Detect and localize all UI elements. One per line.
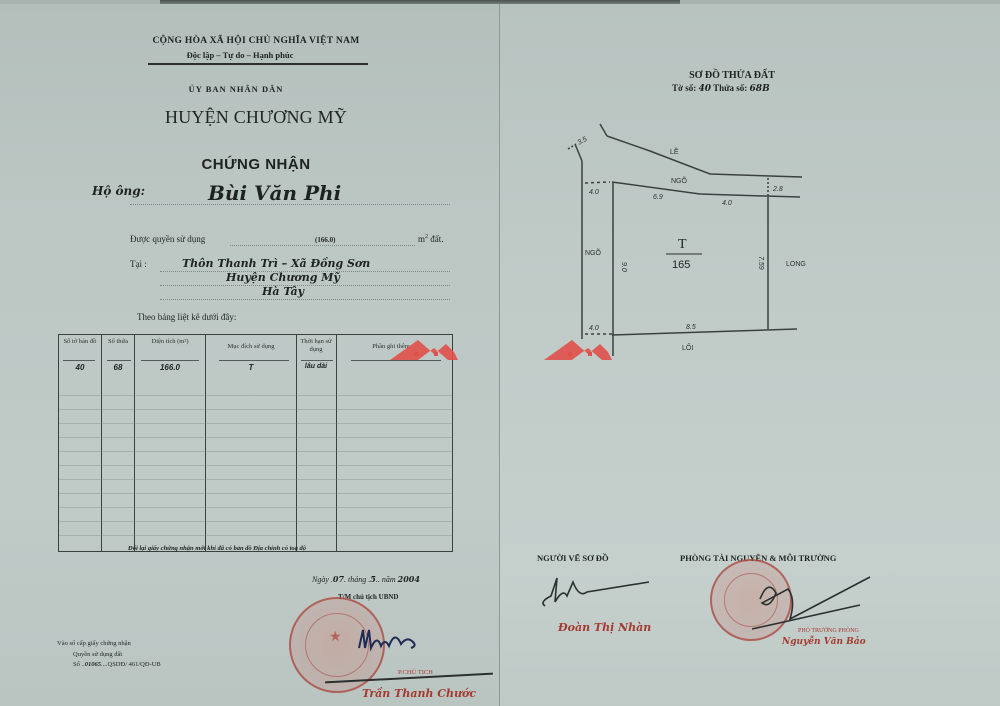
col-header-map-sheet: Số tờ bản đồ — [61, 338, 99, 346]
svg-text:NGÕ: NGÕ — [671, 176, 688, 185]
parcel-table: Số tờ bản đồ Số thửa Diện tích (m²) Mục … — [58, 334, 453, 552]
svg-text:4.0: 4.0 — [589, 325, 599, 332]
signature-chairman — [355, 624, 425, 656]
signatory-role: P.CHỦ TỊCH — [398, 669, 433, 676]
office-role: PHÓ TRƯỞNG PHÒNG — [798, 628, 859, 634]
signature-drawer — [537, 572, 657, 612]
usage-area: (166.0) — [315, 236, 335, 244]
location-line3: Hà Tây — [262, 285, 304, 298]
location-line1: Thôn Thanh Trì – Xã Đồng Sơn — [182, 257, 370, 270]
star-icon: ★ — [329, 629, 342, 646]
svg-text:NGÕ: NGÕ — [585, 248, 602, 257]
signatory-name: Trần Thanh Chước — [362, 687, 476, 700]
republic-header: CỘNG HÒA XÃ HỘI CHỦ NGHĨA VIỆT NAM — [153, 36, 360, 46]
svg-text:8.5: 8.5 — [686, 324, 696, 331]
location-label: Tại : — [130, 259, 147, 269]
table-intro: Theo bảng liệt kê dưới đây: — [137, 312, 236, 322]
cell-purpose: T — [209, 363, 293, 372]
svg-text:4.0: 4.0 — [589, 189, 599, 196]
owner-label: Hộ ông: — [92, 184, 145, 198]
cell-term: lâu dài — [297, 363, 335, 370]
usage-unit: m2 đất. — [418, 234, 444, 244]
table-note: Đổi lại giấy chứng nhận mới khi đã có bả… — [128, 545, 306, 552]
certificate-title: CHỨNG NHẬN — [201, 156, 310, 173]
location-line2: Huyện Chương Mỹ — [226, 271, 340, 284]
svg-text:4.0: 4.0 — [722, 200, 732, 207]
registry-line1: Vào sổ cấp giấy chứng nhận — [57, 640, 131, 647]
header-rule — [148, 63, 368, 65]
col-header-area: Diện tích (m²) — [139, 338, 201, 346]
registry-line3: Số ..01065....QSDĐ/ 461/QĐ-UB — [73, 661, 161, 668]
svg-text:7.59: 7.59 — [757, 256, 764, 270]
svg-text:LỀ: LỀ — [670, 146, 679, 156]
svg-text:165: 165 — [672, 259, 690, 271]
committee-label: ỦY BAN NHÂN DÂN — [189, 84, 284, 94]
svg-text:6.9: 6.9 — [653, 194, 663, 201]
house-watermark-icon — [388, 336, 458, 362]
svg-text:9.0: 9.0 — [620, 262, 627, 272]
registry-line2: Quyền sử dụng đất — [73, 651, 122, 658]
svg-text:2.8: 2.8 — [772, 186, 783, 193]
cell-map-sheet: 40 — [61, 363, 99, 372]
district-title: HUYỆN CHƯƠNG MỸ — [165, 107, 347, 128]
cell-area: 166.0 — [139, 363, 201, 372]
issue-date: Ngày .07. tháng .5.. năm 2004 — [312, 574, 420, 584]
land-plot-right-page: SƠ ĐỒ THỬA ĐẤT Tờ số: 40 Thửa số: 68B 3.… — [500, 4, 1000, 706]
house-watermark-icon — [542, 336, 612, 362]
col-header-parcel: Số thửa — [103, 338, 133, 346]
certificate-left-page: CỘNG HÒA XÃ HỘI CHỦ NGHĨA VIỆT NAM Độc l… — [0, 4, 500, 706]
usage-label: Được quyền sử dụng — [130, 234, 205, 244]
motto: Độc lập – Tự do – Hạnh phúc — [187, 50, 294, 60]
drawer-title: NGƯỜI VẼ SƠ ĐỒ — [537, 553, 609, 563]
col-header-term: Thời hạn sử dụng — [297, 338, 335, 354]
svg-text:T: T — [678, 237, 687, 252]
svg-text:LỐI: LỐI — [682, 342, 693, 352]
svg-text:3.5: 3.5 — [577, 136, 589, 147]
office-name: Nguyễn Văn Bảo — [782, 637, 866, 647]
col-header-purpose: Mục đích sử dụng — [209, 343, 293, 351]
plot-diagram: 3.5 4.0 6.9 4.0 2.8 9.0 7.59 4.0 8.5 LỀ … — [500, 4, 1000, 384]
owner-name: Bùi Văn Phi — [208, 181, 341, 205]
cell-parcel: 68 — [103, 363, 133, 372]
drawer-name: Đoàn Thị Nhàn — [558, 621, 651, 634]
svg-text:LONG: LONG — [786, 261, 806, 268]
